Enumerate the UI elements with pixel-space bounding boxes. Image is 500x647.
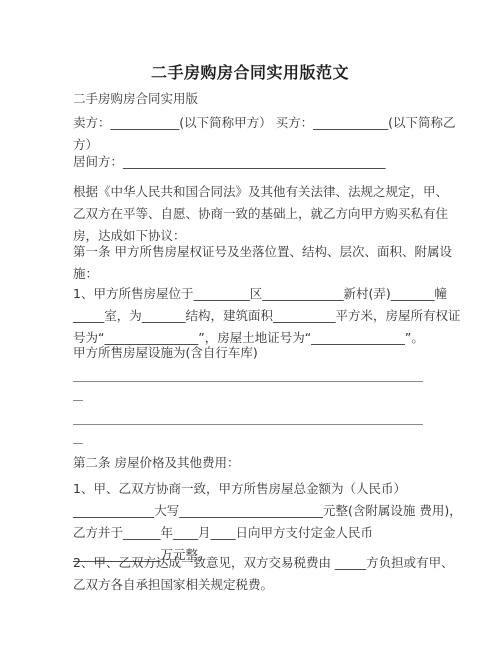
document-page: 二手房购房合同实用版范文 二手房购房合同实用版 卖方：___________(以… [0, 0, 500, 647]
facilities-blank-stub-1 [73, 400, 83, 401]
article-1-heading: 第一条 甲方所售房屋权证号及坐落位置、结构、层次、面积、附属设 施： [73, 241, 435, 285]
facilities-blank-line-2 [73, 424, 423, 425]
document-title: 二手房购房合同实用版范文 [0, 60, 500, 83]
article-1-item-1: 1、甲方所售房屋位于_________区_____________新村(弄)__… [73, 283, 435, 349]
article-2-item-2: 2、甲、乙双方达成一致意见，双方交易税费由 _____方负担或有甲、 乙双方各自… [73, 552, 435, 596]
facilities-line: 甲方所售房屋设施为(含自行车库) [73, 342, 433, 364]
article-2-heading: 第二条 房屋价格及其他费用： [73, 452, 433, 474]
article-2-item-1-line-3: 乙方并于______年____月____日向甲方支付定金人民币 [73, 522, 435, 544]
preamble-paragraph: 根据《中华人民共和国合同法》及其他有关法律、法规之规定，甲、 乙双方在平等、自愿… [73, 181, 435, 247]
intermediary-line: 居间方：____________________________________… [73, 151, 433, 173]
article-2-item-2-line-1: 2、甲、乙双方达成一致意见，双方交易税费由 _____方负担或有甲、 [73, 552, 435, 574]
article-2-item-1-line-2: _____________大写_______________________元整… [73, 500, 435, 522]
article-1-heading-line-2: 施： [73, 263, 435, 285]
article-2-item-2-line-2: 乙双方各自承担国家相关规定税费。 [73, 574, 435, 596]
preamble-line-1: 根据《中华人民共和国合同法》及其他有关法律、法规之规定，甲、 [73, 181, 435, 203]
article-1-heading-line-1: 第一条 甲方所售房屋权证号及坐落位置、结构、层次、面积、附属设 [73, 241, 435, 263]
article-1-item-1-line-1: 1、甲方所售房屋位于_________区_____________新村(弄)__… [73, 283, 435, 305]
parties-paragraph: 卖方：___________(以下简称甲方） 买方：____________(以… [73, 112, 435, 156]
article-1-item-1-line-2: _____室，为_______结构，建筑面积__________平方米，房屋所有… [73, 305, 435, 327]
article-2-item-1-line-1: 1、甲、乙双方协商一致，甲方所售房屋总金额为（人民币） [73, 478, 435, 500]
facilities-blank-line-1 [73, 381, 423, 382]
parties-line-1: 卖方：___________(以下简称甲方） 买方：____________(以… [73, 112, 435, 134]
facilities-blank-stub-2 [73, 443, 83, 444]
preamble-line-2: 乙双方在平等、自愿、协商一致的基础上，就乙方向甲方购买私有住 [73, 203, 435, 225]
document-subtitle: 二手房购房合同实用版 [73, 88, 433, 110]
